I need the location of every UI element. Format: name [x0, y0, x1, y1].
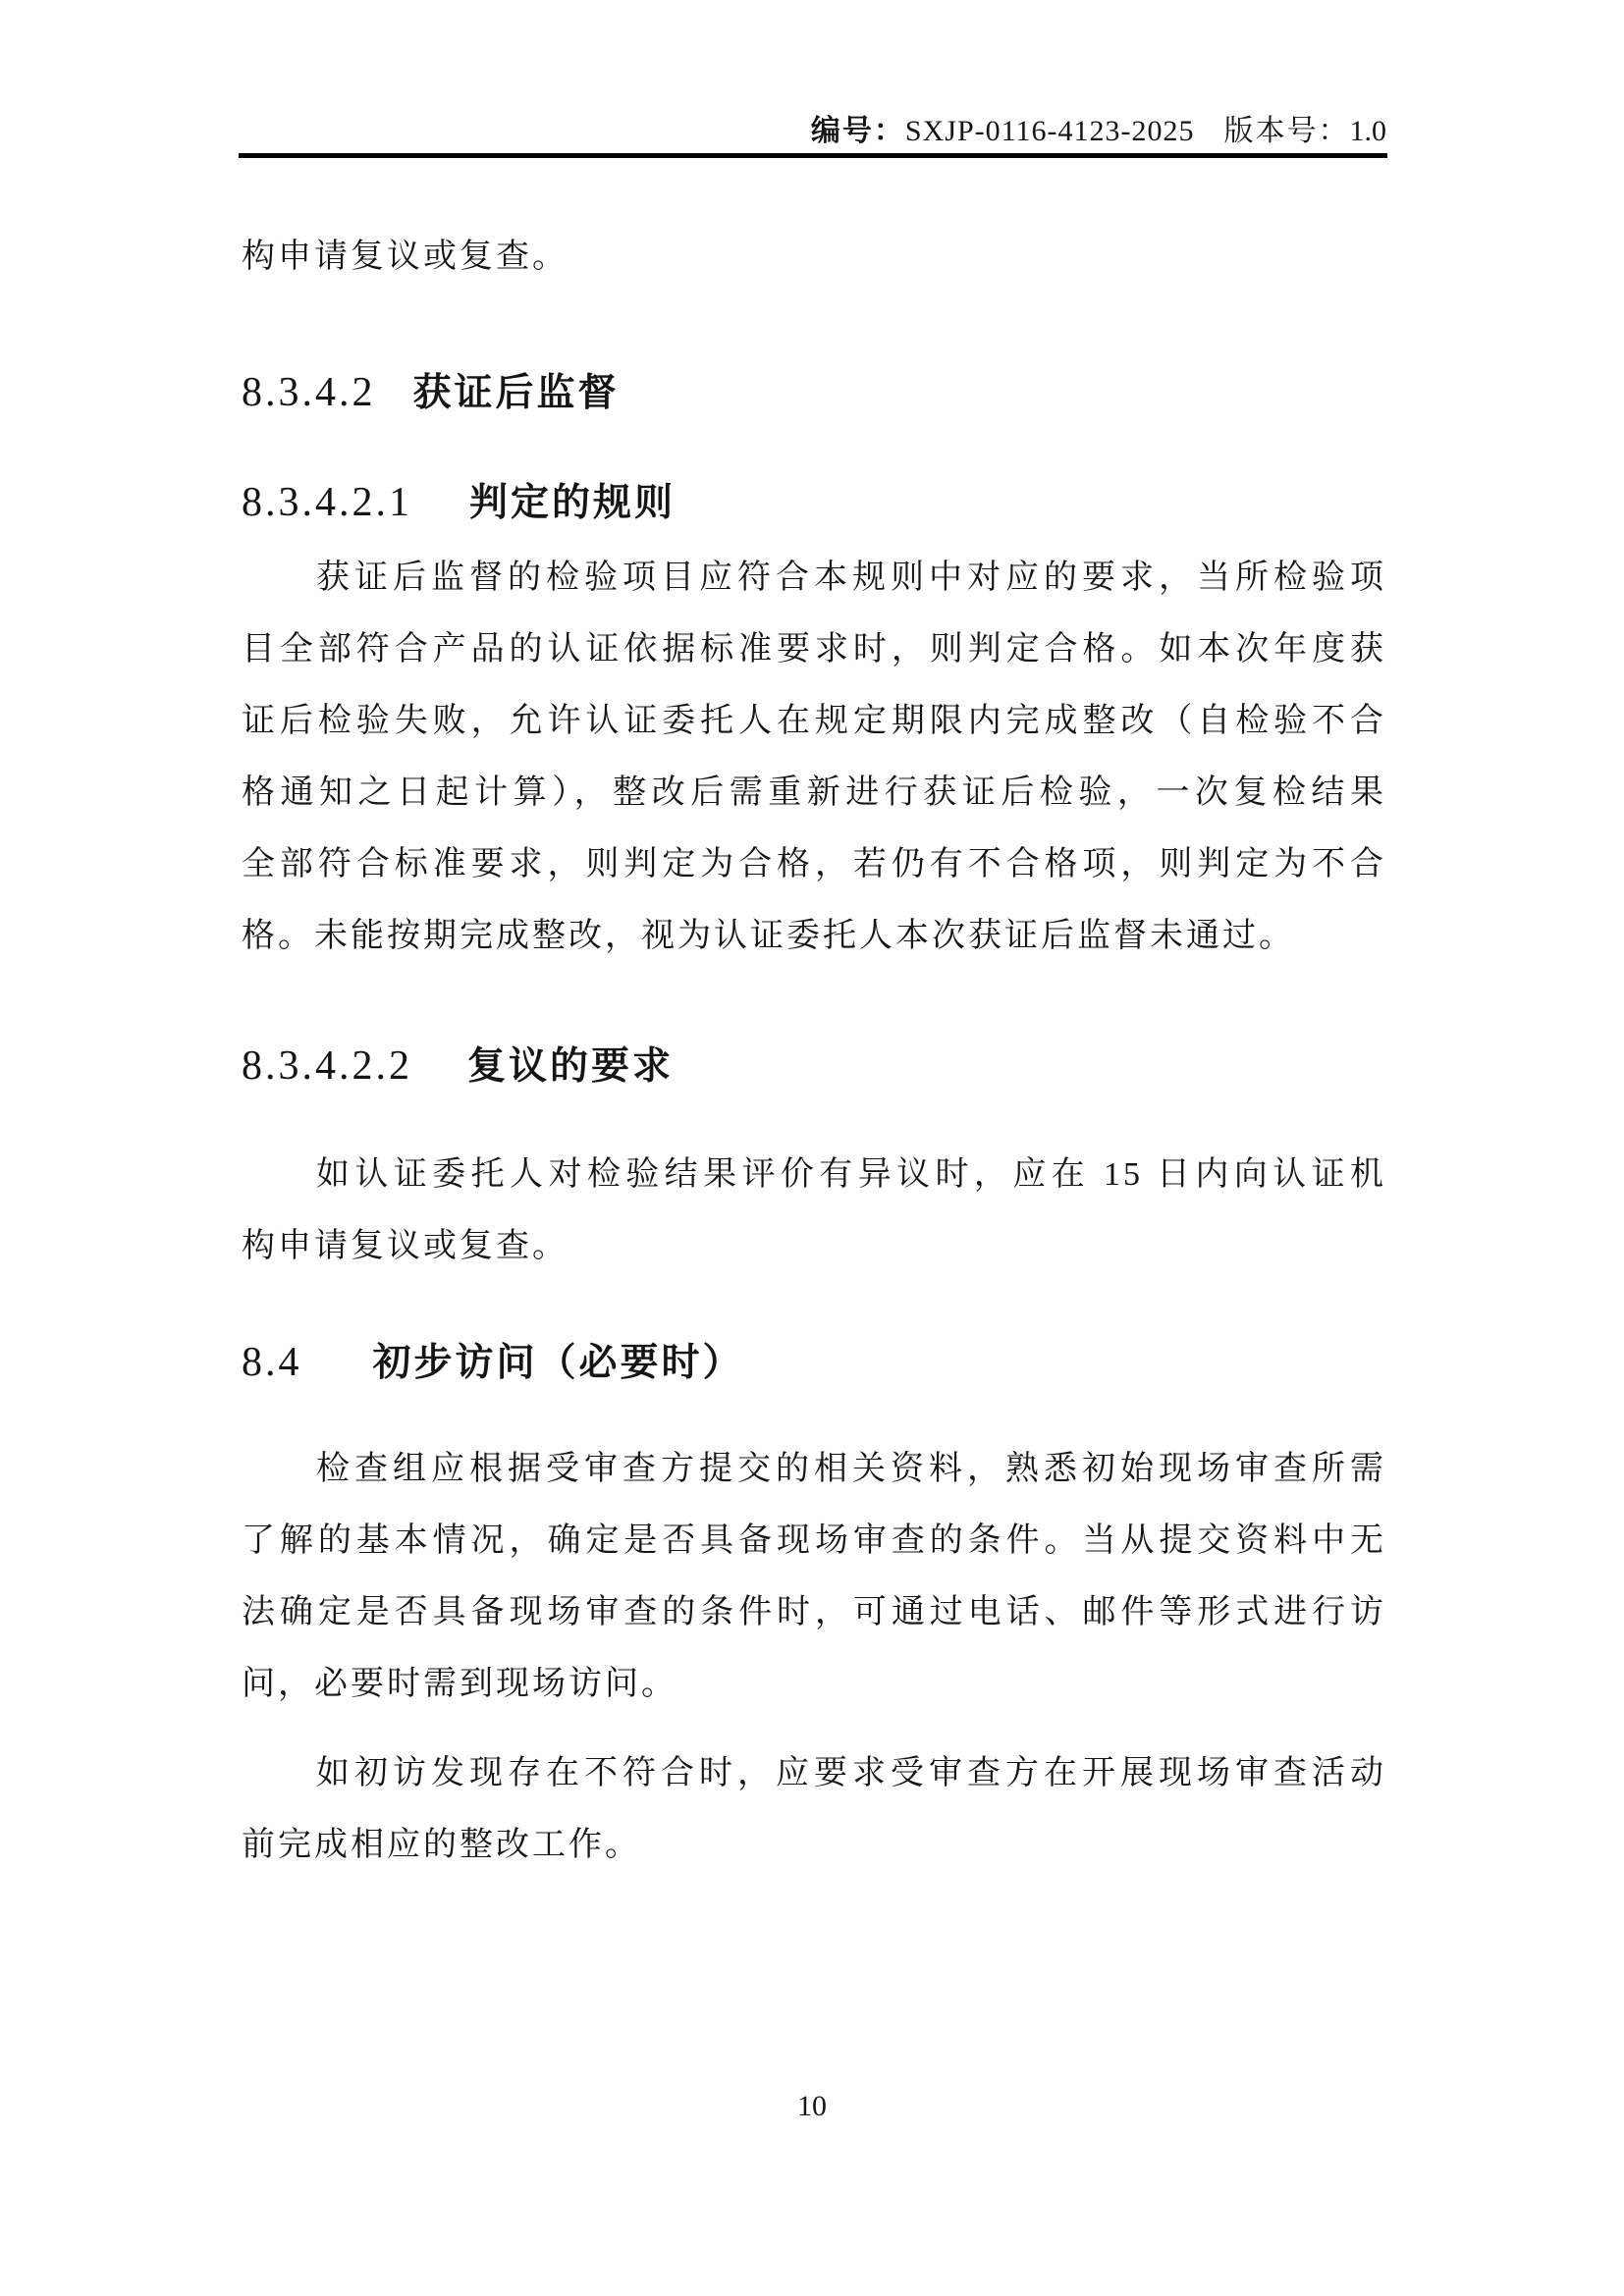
paragraph-line: 构申请复议或复查。: [242, 1210, 1386, 1282]
section-heading-8-3-4-2-2: 8.3.4.2.2复议的要求: [242, 1039, 674, 1094]
paragraph-line: 证后检验失败，允许认证委托人在规定期限内完成整改（自检验不合: [242, 685, 1386, 757]
paragraph-line: 法确定是否具备现场审查的条件时，可通过电话、邮件等形式进行访: [242, 1576, 1386, 1648]
paragraph-line: 获证后监督的检验项目应符合本规则中对应的要求，当所检验项: [242, 542, 1386, 614]
doc-number-label: 编号：: [811, 115, 905, 147]
version-label: 版本号：: [1224, 115, 1350, 147]
paragraph-preliminary-visit-2: 如初访发现存在不符合时，应要求受审查方在开展现场审查活动 前完成相应的整改工作。: [242, 1737, 1386, 1881]
paragraph-line: 构申请复议或复查。: [242, 221, 1386, 293]
heading-title: 判定的规则: [469, 482, 676, 524]
page-footer: 10: [0, 2087, 1624, 2126]
paragraph-line: 格。未能按期完成整改，视为认证委托人本次获证后监督未通过。: [242, 900, 1386, 972]
heading-number: 8.3.4.2: [242, 370, 376, 415]
continuation-paragraph: 构申请复议或复查。: [242, 221, 1386, 293]
section-heading-8-3-4-2-1: 8.3.4.2.1判定的规则: [242, 475, 676, 530]
heading-number: 8.3.4.2.2: [242, 1043, 412, 1089]
version-value: 1.0: [1350, 115, 1387, 147]
paragraph-line: 格通知之日起计算），整改后需重新进行获证后检验，一次复检结果: [242, 757, 1386, 828]
heading-title: 初步访问（必要时）: [373, 1342, 744, 1384]
paragraph-line: 目全部符合产品的认证依据标准要求时，则判定合格。如本次年度获: [242, 614, 1386, 685]
paragraph-line: 了解的基本情况，确定是否具备现场审查的条件。当从提交资料中无: [242, 1505, 1386, 1576]
document-header: 编号：SXJP-0116-4123-2025版本号：1.0: [242, 112, 1386, 151]
paragraph-line: 前完成相应的整改工作。: [242, 1809, 1386, 1881]
heading-title: 获证后监督: [413, 372, 620, 414]
paragraph-line: 检查组应根据受审查方提交的相关资料，熟悉初始现场审查所需: [242, 1433, 1386, 1505]
page-number: 10: [797, 2090, 827, 2122]
heading-number: 8.3.4.2.1: [242, 480, 412, 525]
header-rule: [239, 153, 1387, 158]
paragraph-line: 如认证委托人对检验结果评价有异议时，应在 15 日内向认证机: [242, 1139, 1386, 1210]
doc-number-value: SXJP-0116-4123-2025: [905, 115, 1195, 147]
document-page: 编号：SXJP-0116-4123-2025版本号：1.0 构申请复议或复查。 …: [0, 0, 1624, 2296]
paragraph-line: 如初访发现存在不符合时，应要求受审查方在开展现场审查活动: [242, 1737, 1386, 1809]
heading-number: 8.4: [242, 1340, 302, 1385]
heading-title: 复议的要求: [467, 1045, 674, 1088]
section-heading-8-4: 8.4初步访问（必要时）: [242, 1335, 744, 1390]
paragraph-judgement-rules: 获证后监督的检验项目应符合本规则中对应的要求，当所检验项 目全部符合产品的认证依…: [242, 542, 1386, 972]
paragraph-preliminary-visit-1: 检查组应根据受审查方提交的相关资料，熟悉初始现场审查所需 了解的基本情况，确定是…: [242, 1433, 1386, 1720]
paragraph-line: 问，必要时需到现场访问。: [242, 1648, 1386, 1720]
paragraph-line: 全部符合标准要求，则判定为合格，若仍有不合格项，则判定为不合: [242, 828, 1386, 900]
section-heading-8-3-4-2: 8.3.4.2获证后监督: [242, 365, 620, 420]
paragraph-review-requirements: 如认证委托人对检验结果评价有异议时，应在 15 日内向认证机 构申请复议或复查。: [242, 1139, 1386, 1282]
